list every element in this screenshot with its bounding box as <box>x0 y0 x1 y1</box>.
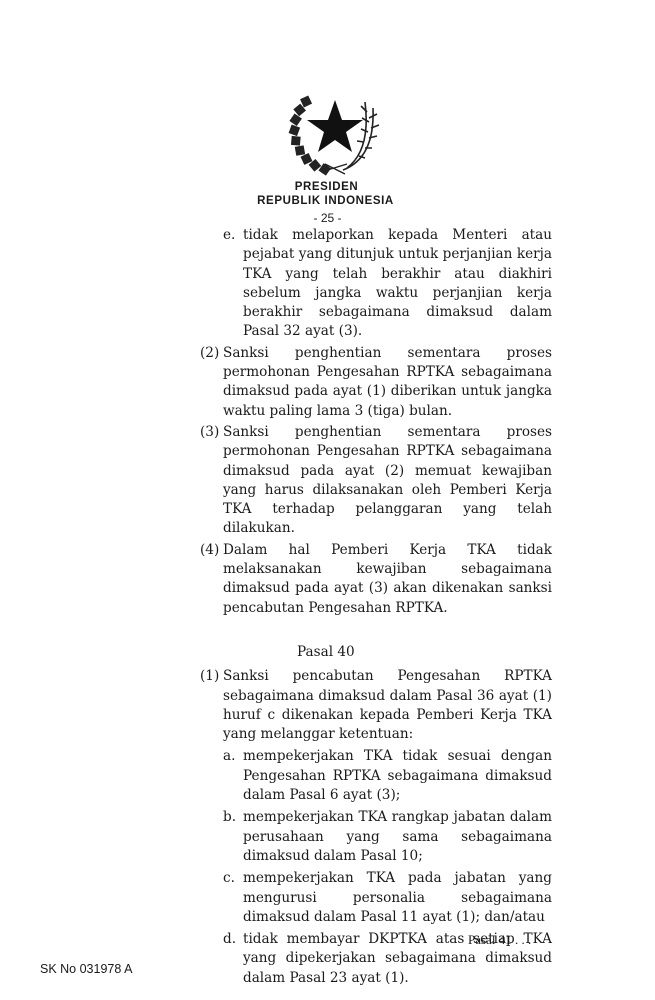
list-item-e: e. tidak melaporkan kepada Menteri atau … <box>223 226 552 342</box>
item-text: mempekerjakan TKA tidak sesuai dengan Pe… <box>243 747 552 805</box>
page-number: - 25 - <box>0 211 655 225</box>
item-text: tidak melaporkan kepada Menteri atau pej… <box>243 226 552 342</box>
paragraph-text: Dalam hal Pemberi Kerja TKA tidak melaks… <box>223 541 552 618</box>
paragraph-text: Sanksi penghentian sementara proses perm… <box>223 423 552 539</box>
item-label: b. <box>223 808 243 866</box>
garuda-star-emblem-icon <box>285 78 385 178</box>
serial-number: SK No 031978 A <box>40 962 132 976</box>
item-text: mempekerjakan TKA pada jabatan yang meng… <box>243 869 552 927</box>
pasal-title: Pasal 40 <box>200 643 552 662</box>
item-label: c. <box>223 869 243 927</box>
header-republik-indonesia: REPUBLIK INDONESIA <box>0 195 653 207</box>
list-item-b: b. mempekerjakan TKA rangkap jabatan dal… <box>223 808 552 866</box>
item-label: e. <box>223 226 243 342</box>
paragraph-number: (4) <box>200 541 223 618</box>
paragraph-4: (4) Dalam hal Pemberi Kerja TKA tidak me… <box>200 541 552 618</box>
paragraph-number: (3) <box>200 423 223 539</box>
next-page-reference: Pasal 41 . . . <box>468 932 531 948</box>
pasal-paragraph-1: (1) Sanksi pencabutan Pengesahan RPTKA s… <box>200 667 552 744</box>
list-item-a: a. mempekerjakan TKA tidak sesuai dengan… <box>223 747 552 805</box>
paragraph-text: Sanksi pencabutan Pengesahan RPTKA sebag… <box>223 667 552 744</box>
paragraph-3: (3) Sanksi penghentian sementara proses … <box>200 423 552 539</box>
paragraph-2: (2) Sanksi penghentian sementara proses … <box>200 344 552 421</box>
list-item-c: c. mempekerjakan TKA pada jabatan yang m… <box>223 869 552 927</box>
paragraph-text: Sanksi penghentian sementara proses perm… <box>223 344 552 421</box>
document-body: e. tidak melaporkan kepada Menteri atau … <box>200 226 552 988</box>
item-label: d. <box>223 930 243 988</box>
header-presiden: PRESIDEN <box>0 181 654 193</box>
paragraph-number: (2) <box>200 344 223 421</box>
paragraph-number: (1) <box>200 667 223 744</box>
item-label: a. <box>223 747 243 805</box>
item-text: mempekerjakan TKA rangkap jabatan dalam … <box>243 808 552 866</box>
